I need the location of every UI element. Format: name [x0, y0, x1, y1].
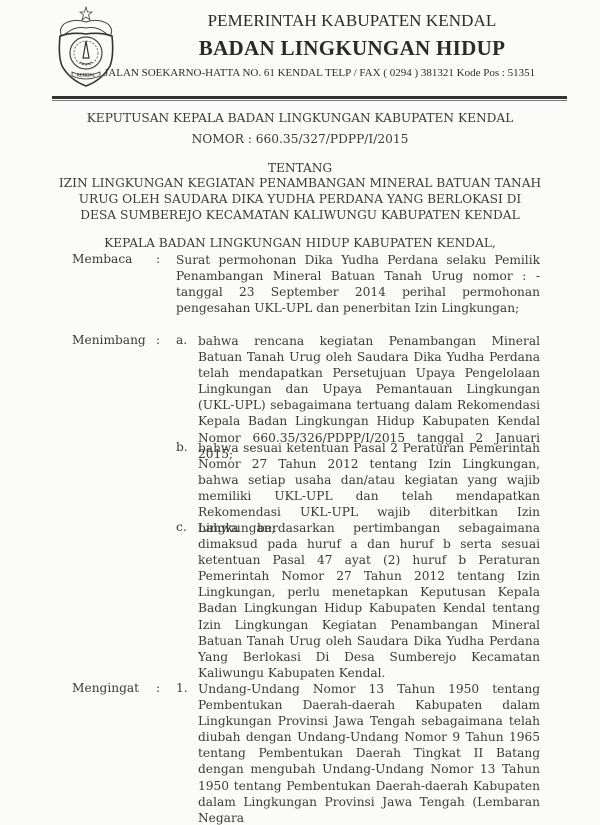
subject-line-1: IZIN LINGKUNGAN KEGIATAN PENAMBANGAN MIN…: [0, 176, 600, 190]
membaca-text: Surat permohonan Dika Yudha Perdana sela…: [176, 252, 540, 316]
agency-name: BADAN LINGKUNGAN HIDUP: [0, 36, 600, 61]
decree-number: NOMOR : 660.35/327/PDPP/I/2015: [0, 132, 600, 146]
document-page: KENDAL PEMERINTAH KABUPATEN KENDAL BADAN…: [0, 0, 600, 825]
issuer-heading: KEPALA BADAN LINGKUNGAN HIDUP KABUPATEN …: [0, 236, 600, 250]
mengingat-colon: :: [156, 681, 160, 695]
letterhead-divider: [52, 96, 567, 99]
menimbang-colon: :: [156, 333, 160, 347]
membaca-colon: :: [156, 252, 160, 266]
menimbang-item-c: bahwa berdasarkan pertimbangan sebagaima…: [198, 520, 540, 681]
menimbang-item-b-marker: b.: [176, 440, 188, 454]
agency-address: JALAN SOEKARNO-HATTA NO. 61 KENDAL TELP …: [104, 67, 574, 79]
mengingat-item-1: Undang-Undang Nomor 13 Tahun 1950 tentan…: [198, 681, 540, 825]
government-name: PEMERINTAH KABUPATEN KENDAL: [0, 11, 600, 31]
decree-title: KEPUTUSAN KEPALA BADAN LINGKUNGAN KABUPA…: [0, 111, 600, 125]
about-label: TENTANG: [0, 161, 600, 175]
menimbang-label: Menimbang: [72, 333, 146, 347]
menimbang-item-c-marker: c.: [176, 520, 187, 534]
subject-line-2: URUG OLEH SAUDARA DIKA YUDHA PERDANA YAN…: [0, 192, 600, 206]
menimbang-item-a-marker: a.: [176, 333, 187, 347]
letterhead-divider-thin: [52, 100, 567, 101]
svg-text:KENDAL: KENDAL: [77, 73, 96, 79]
subject-line-3: DESA SUMBEREJO KECAMATAN KALIWUNGU KABUP…: [0, 208, 600, 222]
membaca-label: Membaca: [72, 252, 132, 266]
mengingat-item-1-marker: 1.: [176, 681, 188, 695]
mengingat-label: Mengingat: [72, 681, 139, 695]
